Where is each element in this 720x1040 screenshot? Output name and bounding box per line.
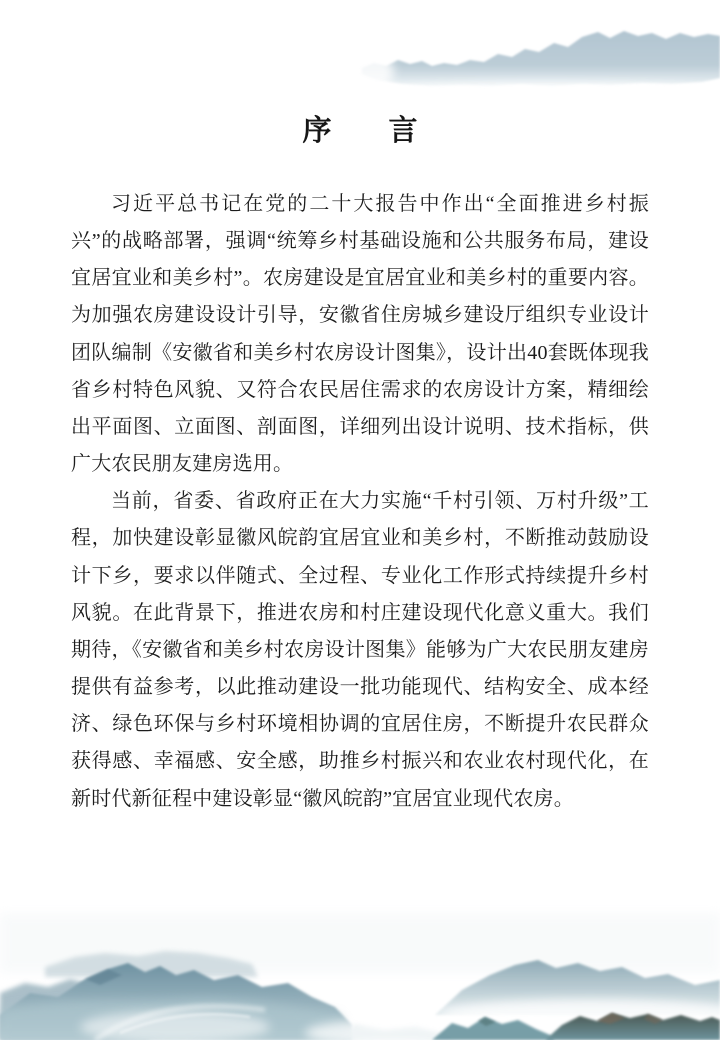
mist-fade <box>342 52 394 92</box>
document-page: 序 言 习近平总书记在党的二十大报告中作出“全面推进乡村振兴”的战略部署，强调“… <box>0 0 720 1040</box>
preface-body: 习近平总书记在党的二十大报告中作出“全面推进乡村振兴”的战略部署，强调“统筹乡村… <box>71 186 649 818</box>
mist-fade <box>352 83 720 101</box>
paragraph-1: 习近平总书记在党的二十大报告中作出“全面推进乡村振兴”的战略部署，强调“统筹乡村… <box>71 186 649 483</box>
title-char-2: 言 <box>389 112 418 150</box>
paragraph-2: 当前，省委、省政府正在大力实施“千村引领、万村升级”工程，加快建设彰显徽风皖韵宜… <box>71 483 649 817</box>
bottom-mountain-art <box>0 875 720 1040</box>
top-right-mountain-art <box>362 22 720 92</box>
title-char-1: 序 <box>302 112 331 150</box>
page-title: 序 言 <box>0 112 720 150</box>
mountain-silhouette-shape <box>362 31 720 86</box>
